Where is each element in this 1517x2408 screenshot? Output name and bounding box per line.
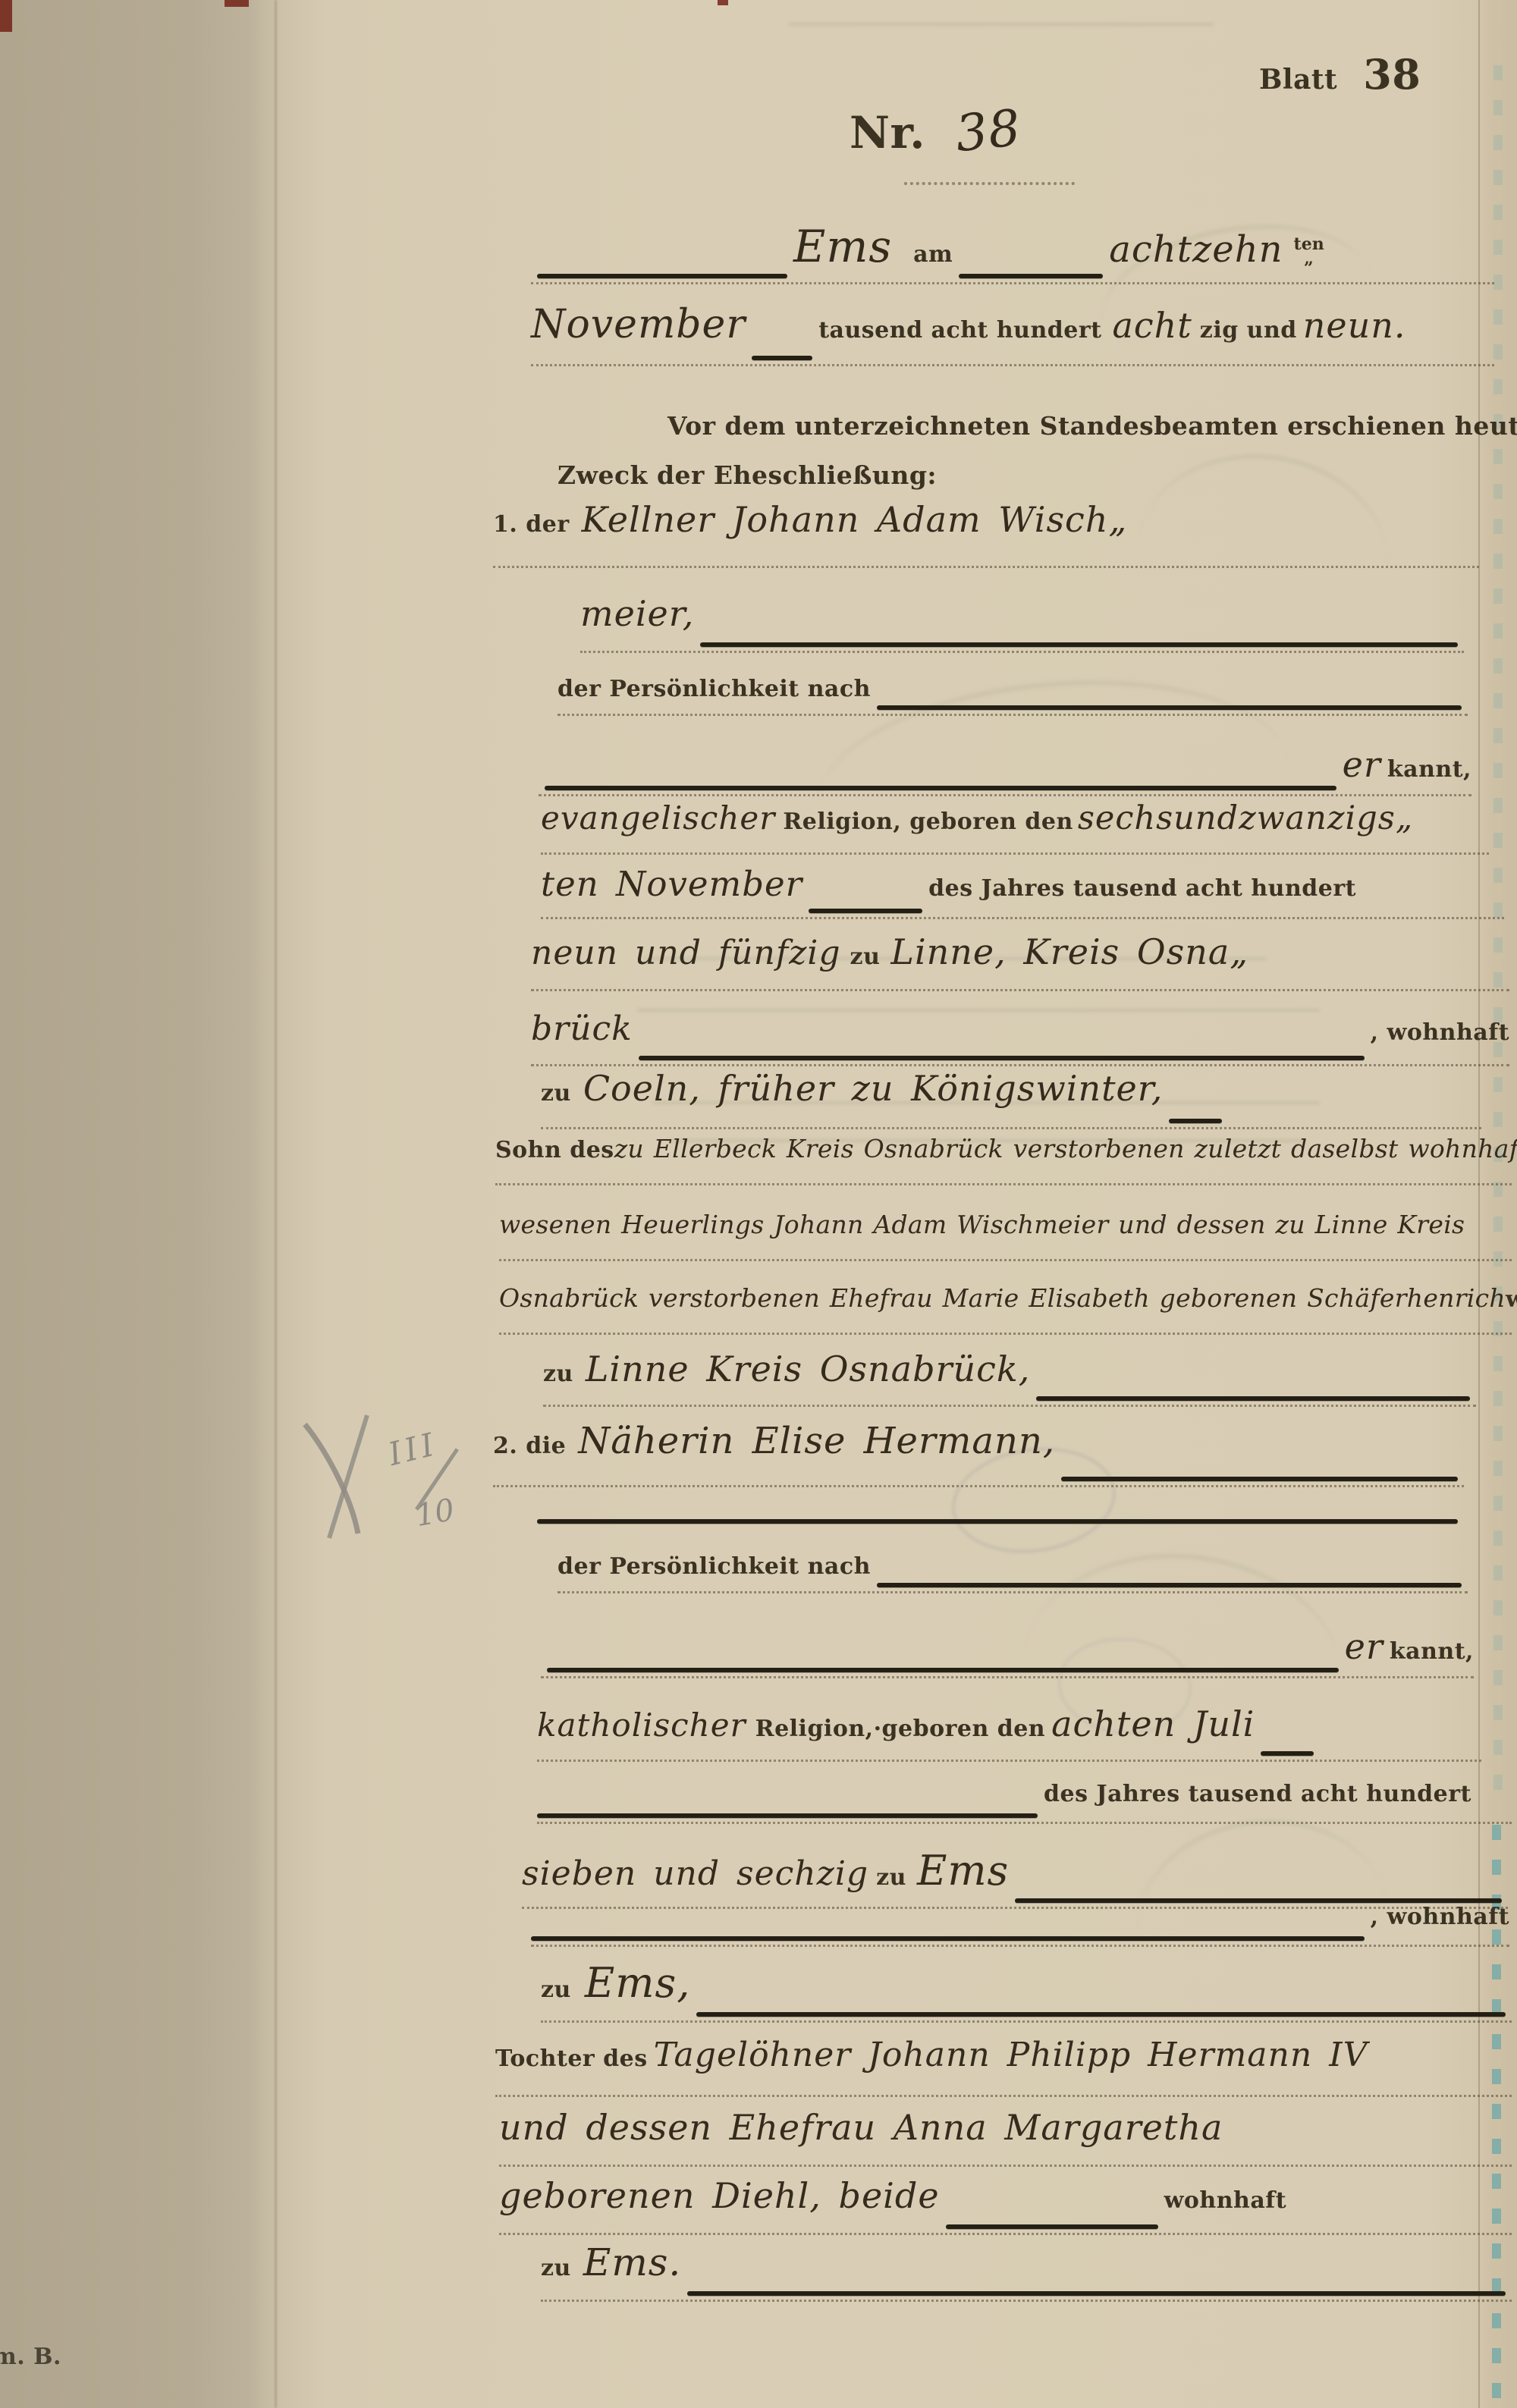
- bride-occupation-name: Näherin Elise Hermann,: [578, 1423, 1055, 1459]
- year-mid-print: zig und: [1200, 319, 1297, 343]
- daughter-of-print: Tochter des: [495, 2047, 648, 2071]
- groom-birth-month-line: ten November des Jahres tausend acht hun…: [541, 867, 1504, 919]
- zu-print: zu: [876, 1866, 906, 1890]
- groom-birthplace-line-2: brück , wohnhaft: [531, 1012, 1509, 1066]
- wohnhaft-print: wohnhaft: [1164, 2189, 1286, 2213]
- year-print: tausend acht hundert: [818, 319, 1101, 343]
- bride-religion-birth-line: katholischer Religion,·geboren den achte…: [537, 1706, 1481, 1762]
- identity-print: der Persönlichkeit nach: [557, 677, 871, 702]
- groom-religion: evangelischer: [541, 802, 775, 834]
- ink-filled-blank: [537, 1519, 1458, 1524]
- groom-identity-line: der Persönlichkeit nach: [557, 677, 1468, 716]
- religion-print: Religion, geboren den: [783, 810, 1073, 834]
- groom-year-intro: des Jahres tausend acht hundert: [928, 877, 1356, 901]
- page-fold-line: [275, 0, 277, 2408]
- year-tens-hand: acht: [1112, 308, 1192, 343]
- bride-parents-text: geborenen Diehl, beide: [499, 2178, 940, 2213]
- groom-parents-line-2: wesenen Heuerlings Johann Adam Wischmeie…: [499, 1212, 1512, 1261]
- bride-residence: Ems,: [585, 1963, 691, 2004]
- intro-line-1: Vor dem unterzeichneten Standesbeamten e…: [667, 413, 1517, 440]
- groom-parents-residence-line: zu Linne Kreis Osnabrück,: [543, 1352, 1476, 1407]
- date-line-1: Ems am achtzehn ten „: [531, 224, 1494, 284]
- ink-filled-blank: [959, 274, 1103, 278]
- ink-filled-blank: [545, 786, 1336, 790]
- groom-recognized-line: er kannt,: [539, 747, 1471, 796]
- bride-parents-text: und dessen Ehefrau Anna Margaretha: [499, 2110, 1223, 2145]
- bride-parents-residence: Ems.: [583, 2243, 681, 2281]
- bride-parents-line-1: Tochter des Tagelöhner Johann Philipp He…: [495, 2039, 1512, 2097]
- groom-parents-line-1: Sohn des zu Ellerbeck Kreis Osnabrück ve…: [495, 1136, 1512, 1185]
- groom-residence-line: zu Coeln, früher zu Königswinter,: [541, 1071, 1481, 1129]
- ink-filled-blank: [1061, 1477, 1458, 1481]
- ink-filled-blank: [752, 356, 812, 360]
- ink-dash: [1261, 1751, 1314, 1756]
- groom-birth-year-place-line: neun und fünfzig zu Linne, Kreis Osna„: [531, 934, 1509, 991]
- groom-parents-residence: Linne Kreis Osnabrück,: [586, 1352, 1031, 1386]
- bride-blank-line: [531, 1509, 1464, 1527]
- wohnhaft-print: wohnhaft: [1506, 1288, 1517, 1312]
- bride-item-label: 2. die: [493, 1434, 566, 1458]
- groom-name-continued: meier,: [580, 596, 694, 631]
- recognized-hand: er: [1343, 747, 1381, 782]
- ink-filled-blank: [946, 2224, 1158, 2229]
- bride-birthplace: Ems: [917, 1851, 1009, 1892]
- ink-dash: [1169, 1119, 1222, 1123]
- zu-print: zu: [541, 2256, 571, 2281]
- groom-religion-birth-line: evangelischer Religion, geboren den sech…: [541, 802, 1489, 855]
- ink-filled-blank: [877, 1583, 1462, 1587]
- ink-filled-blank: [1015, 1898, 1502, 1903]
- groom-birth-day-2: ten November: [541, 867, 802, 901]
- registration-month: November: [531, 305, 746, 344]
- ink-filled-blank: [1036, 1396, 1470, 1401]
- wohnhaft-print: , wohnhaft: [1371, 1021, 1509, 1045]
- religion-print: Religion,·geboren den: [755, 1717, 1045, 1741]
- ink-filled-blank: [537, 1813, 1038, 1818]
- bride-birth-year: sieben und sechzig: [522, 1857, 868, 1891]
- ink-filled-blank: [687, 2291, 1506, 2296]
- ink-filled-blank: [877, 705, 1462, 710]
- registration-place: Ems: [793, 224, 892, 268]
- bride-year-intro: des Jahres tausend acht hundert: [1044, 1782, 1471, 1807]
- ink-filled-blank: [696, 2012, 1506, 2017]
- recognized-print: kannt,: [1390, 1640, 1474, 1664]
- ink-filled-blank: [639, 1056, 1365, 1060]
- am-label: am: [913, 243, 953, 267]
- bride-birth-year-intro-line: des Jahres tausend acht hundert: [537, 1782, 1512, 1824]
- ink-filled-blank: [547, 1668, 1339, 1672]
- day-suffix: ten „: [1294, 237, 1324, 265]
- ink-filled-blank: [700, 642, 1458, 647]
- zu-print: zu: [850, 945, 881, 969]
- bride-parents-residence-line: zu Ems.: [541, 2243, 1512, 2302]
- wohnhaft-print: , wohnhaft: [1371, 1905, 1509, 1929]
- groom-occupation-name: Kellner Johann Adam Wisch„: [582, 502, 1128, 537]
- year-ones-hand: neun.: [1303, 308, 1406, 343]
- groom-parents-text: zu Ellerbeck Kreis Osnabrück verstorbene…: [614, 1136, 1517, 1161]
- groom-item-label: 1. der: [493, 513, 570, 537]
- groom-residence: Coeln, früher zu Königswinter,: [583, 1071, 1163, 1106]
- adjacent-page-teal-marks: [1493, 46, 1503, 1805]
- groom-name-line-1: 1. der Kellner Johann Adam Wisch„: [493, 502, 1479, 568]
- recognized-print: kannt,: [1387, 758, 1471, 782]
- scan-edge-mark: [225, 0, 249, 7]
- bride-name-line: 2. die Näherin Elise Hermann,: [493, 1423, 1464, 1487]
- groom-parents-line-3: Osnabrück verstorbenen Ehefrau Marie Eli…: [499, 1286, 1512, 1335]
- sheet-label: Blatt: [1259, 66, 1337, 95]
- groom-birthplace: Linne, Kreis Osna„: [890, 934, 1248, 969]
- bride-parents-line-3: geborenen Diehl, beide wohnhaft: [499, 2178, 1512, 2235]
- groom-parents-text: wesenen Heuerlings Johann Adam Wischmeie…: [499, 1212, 1465, 1237]
- groom-name-line-2: meier,: [580, 596, 1464, 653]
- groom-parents-text: Osnabrück verstorbenen Ehefrau Marie Eli…: [499, 1286, 1506, 1311]
- ink-filled-blank: [809, 909, 922, 913]
- groom-birth-year: neun und fünfzig: [531, 937, 841, 970]
- zu-print: zu: [541, 1082, 571, 1106]
- bride-religion: katholischer: [537, 1709, 746, 1741]
- bride-parents-text: Tagelöhner Johann Philipp Hermann IV: [654, 2039, 1368, 2072]
- pencil-note-lower: 10: [413, 1493, 457, 1534]
- record-number-rule: [904, 182, 1075, 185]
- bleed-through-ghost: [789, 23, 1214, 26]
- record-number: Nr. 38: [850, 106, 1021, 156]
- record-number-label: Nr.: [850, 110, 925, 156]
- corner-mark: m. B.: [0, 2345, 61, 2369]
- pencil-tally-mark: [294, 1405, 431, 1549]
- son-of-print: Sohn des: [495, 1138, 614, 1163]
- bride-birth-day: achten Juli: [1051, 1706, 1255, 1741]
- date-line-2: November tausend acht hundert acht zig u…: [531, 305, 1494, 366]
- bride-parents-line-2: und dessen Ehefrau Anna Margaretha: [499, 2110, 1512, 2167]
- ink-filled-blank: [531, 1936, 1365, 1941]
- sheet-header: Blatt 38: [1259, 53, 1421, 96]
- scan-edge-mark: [0, 0, 12, 32]
- bride-wohnhaft-line: , wohnhaft: [531, 1905, 1509, 1947]
- scan-edge-mark: [718, 0, 728, 5]
- registry-document-page: Blatt 38 Nr. 38 Ems am achtzehn ten „ No…: [0, 0, 1517, 2408]
- ink-filled-blank: [537, 274, 787, 278]
- identity-print: der Persönlichkeit nach: [557, 1555, 871, 1579]
- zu-print: zu: [541, 1978, 571, 2002]
- sheet-number: 38: [1363, 53, 1421, 96]
- bride-birth-year-place-line: sieben und sechzig zu Ems: [522, 1851, 1508, 1909]
- groom-birthplace-continued: brück: [531, 1012, 633, 1046]
- bleed-through-ghost: [637, 1009, 1320, 1012]
- bride-recognized-line: er kannt,: [541, 1629, 1474, 1678]
- intro-line-2: Zweck der Eheschließung:: [557, 463, 937, 489]
- registration-day: achtzehn: [1109, 231, 1283, 268]
- groom-birth-day: sechsundzwanzigs„: [1078, 802, 1413, 835]
- record-number-value: 38: [953, 103, 1023, 160]
- bride-residence-line: zu Ems,: [541, 1963, 1512, 2023]
- bride-identity-line: der Persönlichkeit nach: [557, 1555, 1468, 1593]
- recognized-hand: er: [1345, 1629, 1384, 1664]
- zu-print: zu: [543, 1362, 573, 1386]
